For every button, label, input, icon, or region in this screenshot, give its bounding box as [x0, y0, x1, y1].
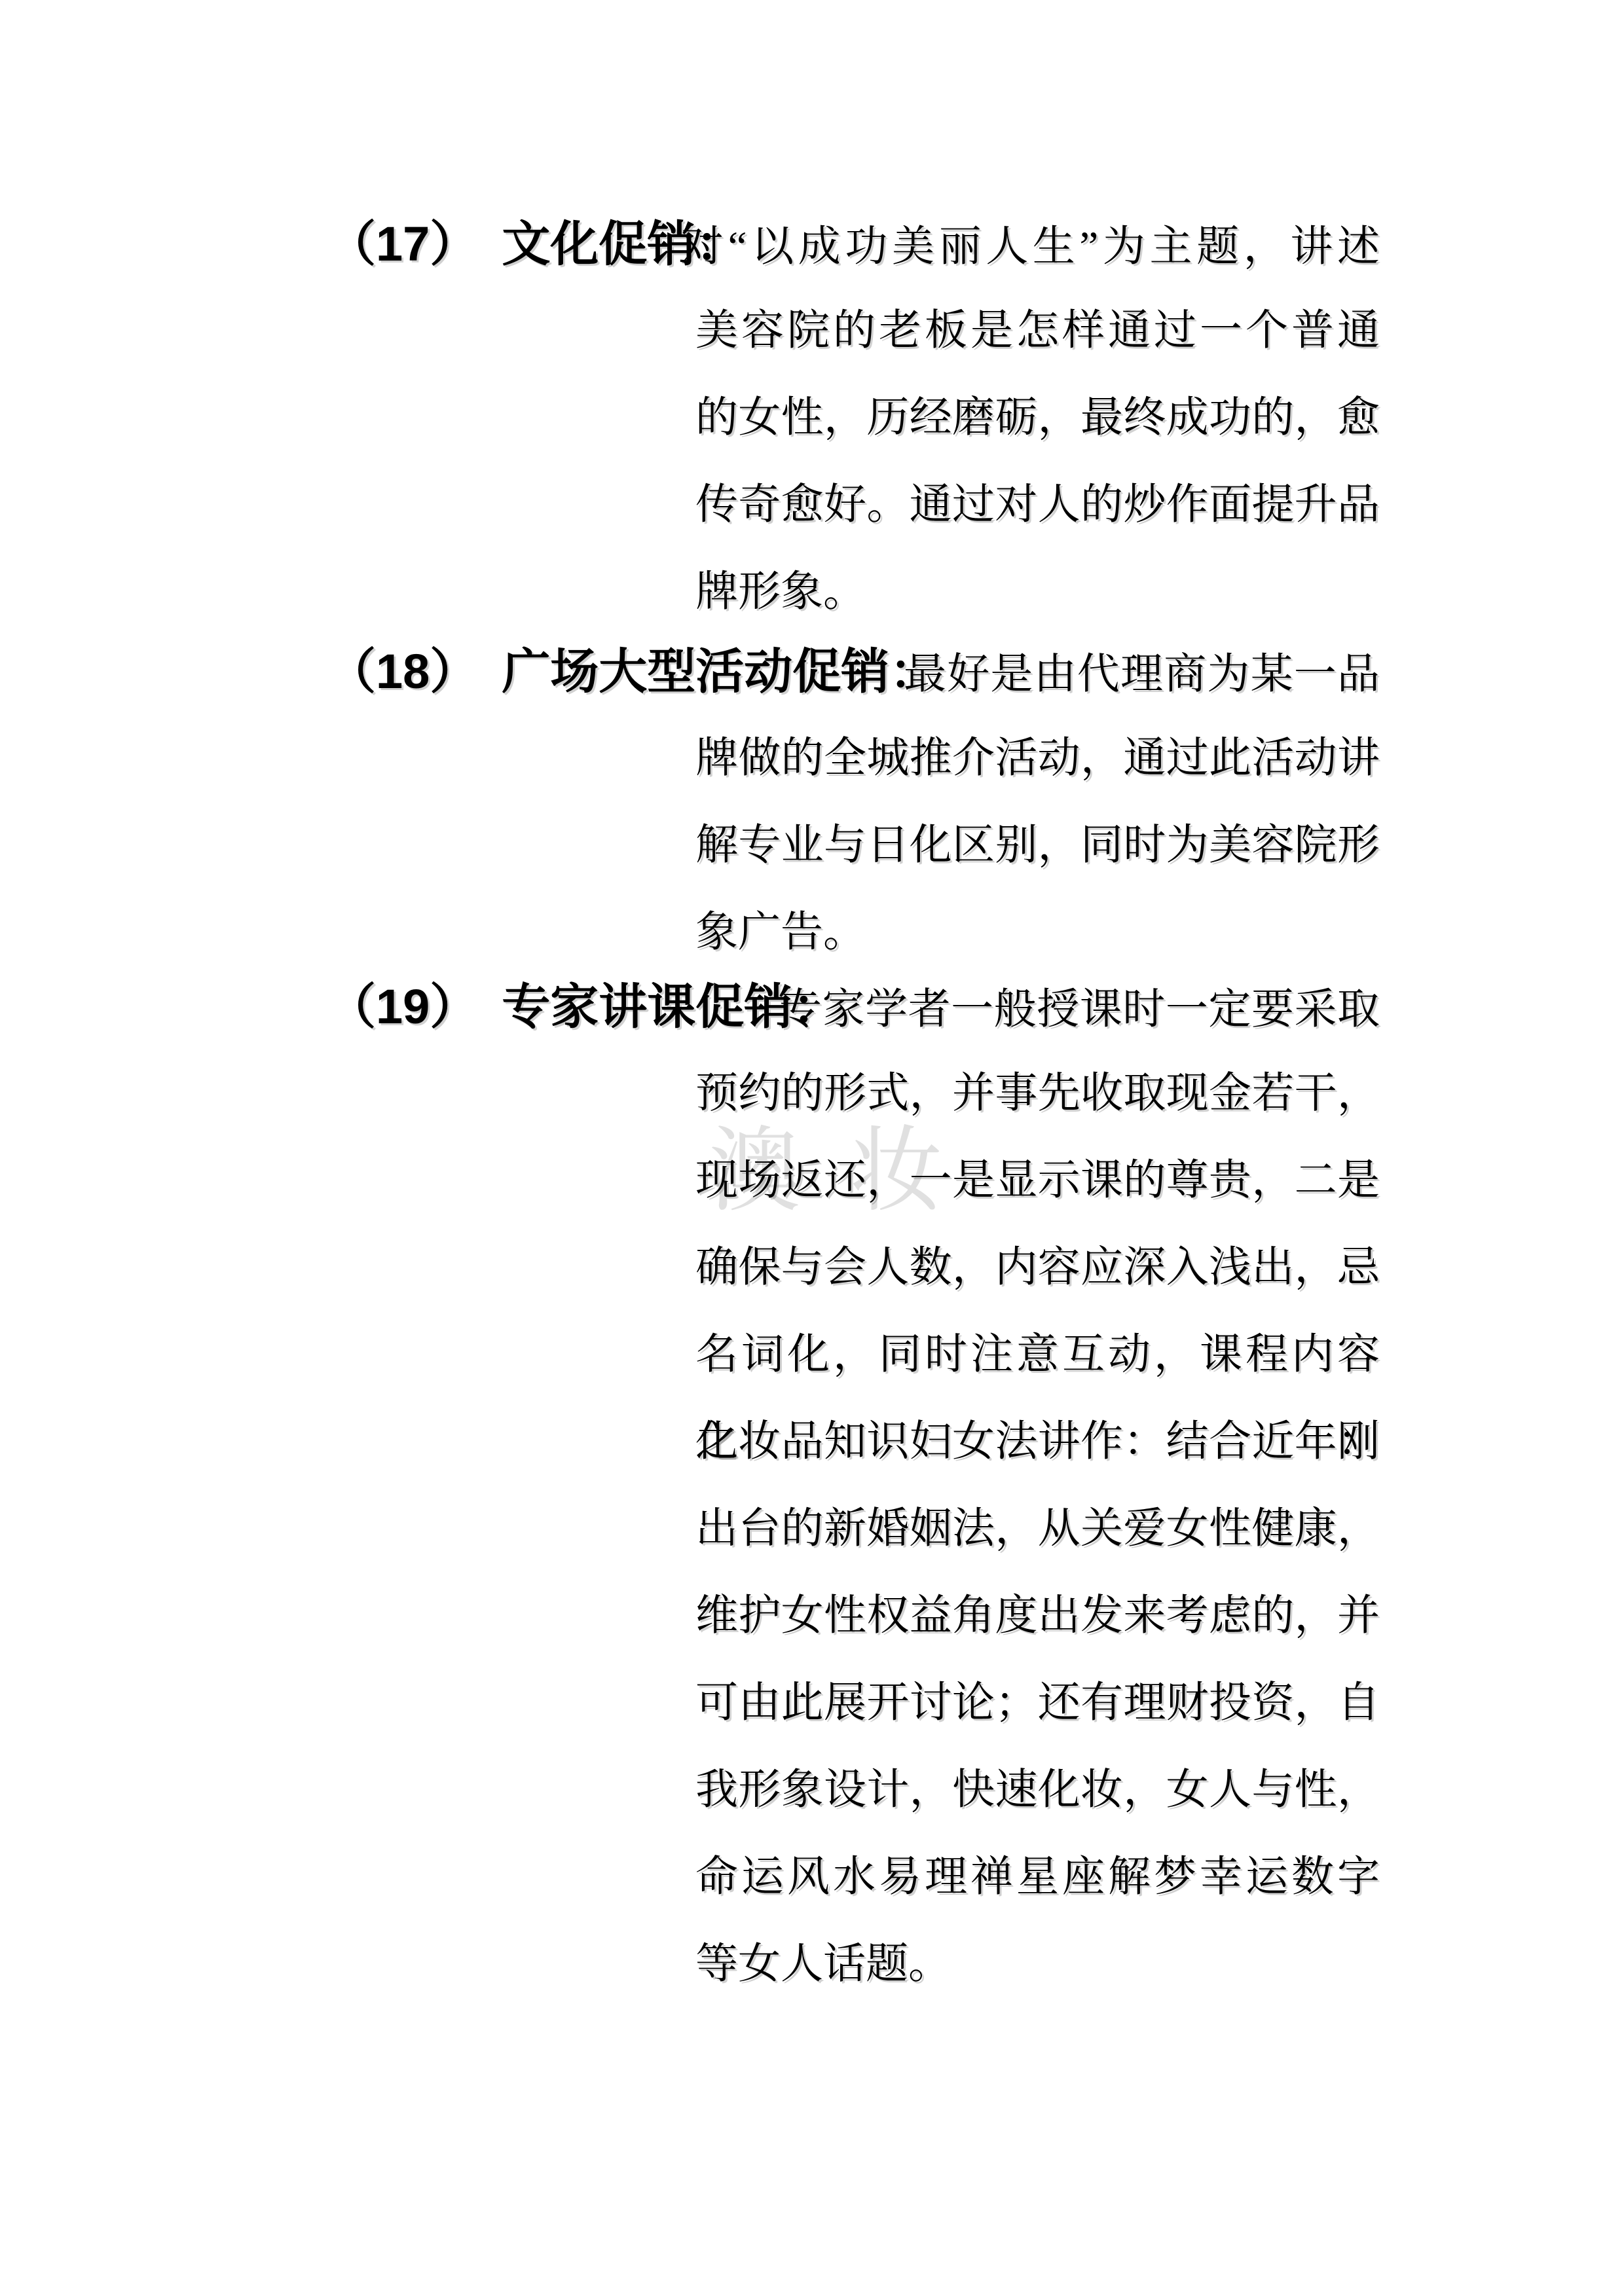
- item-number: （17）: [327, 217, 478, 271]
- body-line: 出台的新婚姻法，从关爱女性健康，: [695, 1485, 1380, 1573]
- body-line: 化妆品知识妇女法讲作：结合近年刚: [695, 1398, 1380, 1485]
- body-line: 牌做的全城推介活动，通过此活动讲: [695, 715, 1380, 802]
- body-line: 预约的形式，并事先收取现金若干，: [695, 1050, 1380, 1137]
- document-page: 澳 妆 （17）文化促销：对“以成功美丽人生”为主题，讲述美容院的老板是怎样通过…: [0, 0, 1624, 2296]
- body-line: 名词化，同时注意互动，课程内容之：: [695, 1311, 1380, 1398]
- list-item: （17）文化促销：对“以成功美丽人生”为主题，讲述美容院的老板是怎样通过一个普通…: [327, 200, 1380, 636]
- body-line: 我形象设计，快速化妆，女人与性，: [695, 1747, 1380, 1834]
- body-line: 传奇愈好。通过对人的炒作面提升品: [695, 462, 1380, 549]
- item-first-line: （17）文化促销：对“以成功美丽人生”为主题，讲述: [327, 200, 1380, 287]
- item-number: （19）: [327, 979, 478, 1034]
- item-title: 广场大型活动促销：: [502, 644, 938, 699]
- item-body-first-line: 专家学者一般授课时一定要采取: [779, 966, 1380, 1053]
- item-first-line: （18）广场大型活动促销：最好是由代理商为某一品: [327, 628, 1380, 715]
- body-line: 命运风水易理禅星座解梦幸运数字: [695, 1834, 1380, 1921]
- body-line: 现场返还，一是显示课的尊贵，二是: [695, 1137, 1380, 1224]
- body-line: 等女人话题。: [695, 1921, 1380, 2008]
- body-line: 维护女性权益角度出发来考虑的，并: [695, 1573, 1380, 1660]
- body-line: 牌形象。: [695, 549, 1380, 636]
- body-line: 可由此展开讨论；还有理财投资，自: [695, 1660, 1380, 1747]
- item-heading: （17）文化促销：: [327, 200, 681, 287]
- body-line: 的女性，历经磨砺，最终成功的，愈: [695, 374, 1380, 462]
- body-line: 确保与会人数，内容应深入浅出，忌: [695, 1224, 1380, 1311]
- list-item: （18）广场大型活动促销：最好是由代理商为某一品牌做的全城推介活动，通过此活动讲…: [327, 628, 1380, 976]
- item-body-first-line: 最好是由代理商为某一品: [904, 631, 1380, 718]
- item-heading: （19）专家讲课促销：: [327, 963, 779, 1050]
- item-heading: （18）广场大型活动促销：: [327, 628, 904, 715]
- list-item: （19）专家讲课促销：专家学者一般授课时一定要采取预约的形式，并事先收取现金若干…: [327, 963, 1380, 2008]
- body-line: 美容院的老板是怎样通过一个普通: [695, 287, 1380, 374]
- item-number: （18）: [327, 644, 478, 699]
- item-body-first-line: 对“以成功美丽人生”为主题，讲述: [681, 204, 1380, 291]
- item-first-line: （19）专家讲课促销：专家学者一般授课时一定要采取: [327, 963, 1380, 1050]
- body-line: 解专业与日化区别，同时为美容院形: [695, 802, 1380, 889]
